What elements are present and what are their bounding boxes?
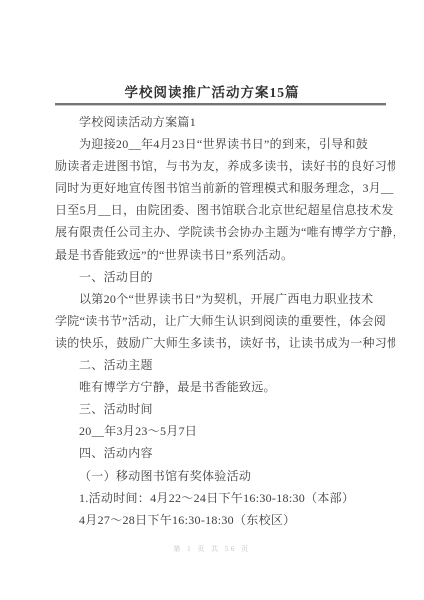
text-line: 学院“读书节”活动，让广大师生认识到阅读的重要性，体会阅 xyxy=(55,310,395,332)
document-title: 学校阅读推广活动方案15篇 xyxy=(0,85,424,101)
text-line-section-heading: 三、活动时间 xyxy=(55,398,395,420)
text-line: 读的快乐，鼓励广大师生多读书，读好书，让读书成为一种习惯。 xyxy=(55,332,395,354)
text-line: 最是书香能致远”的“世界读书日”系列活动。 xyxy=(55,244,395,266)
text-line: 励读者走进图书馆，与书为友，养成多读书，读好书的良好习惯。 xyxy=(55,155,395,177)
text-line-section-heading: 二、活动主题 xyxy=(55,354,395,376)
text-line-section-heading: 四、活动内容 xyxy=(55,442,395,464)
text-line: 20__年3月23～5月7日 xyxy=(55,420,395,442)
text-line: 以第20个“世界读书日”为契机，开展广西电力职业技术 xyxy=(55,288,395,310)
document-page: 学校阅读推广活动方案15篇 学校阅读活动方案篇1 为迎接20__年4月23日“世… xyxy=(0,0,424,600)
text-line: （一）移动图书馆有奖体验活动 xyxy=(55,465,395,487)
text-line: 为迎接20__年4月23日“世界读书日”的到来，引导和鼓 xyxy=(55,133,395,155)
text-line: 4月27～28日下午16:30-18:30（东校区） xyxy=(55,509,395,531)
text-line-section-heading: 一、活动目的 xyxy=(55,266,395,288)
text-line-subtitle: 学校阅读活动方案篇1 xyxy=(55,111,395,133)
text-line: 同时为更好地宣传图书馆当前新的管理模式和服务理念，3月__ xyxy=(55,177,395,199)
text-line: 日至5月__日，由院团委、图书馆联合北京世纪超星信息技术发 xyxy=(55,199,395,221)
text-line: 展有限责任公司主办、学院读书会协办主题为“唯有博学方宁静， xyxy=(55,221,395,243)
page-indicator: 第 1 页 共 56 页 xyxy=(173,545,250,553)
text-line: 1.活动时间：4月22～24日下午16:30-18:30（本部） xyxy=(55,487,395,509)
title-divider xyxy=(55,103,386,106)
text-line: 唯有博学方宁静，最是书香能致远。 xyxy=(55,376,395,398)
document-body: 学校阅读活动方案篇1 为迎接20__年4月23日“世界读书日”的到来，引导和鼓 … xyxy=(55,111,395,531)
page-footer: 第 1 页 共 56 页 xyxy=(0,544,424,554)
